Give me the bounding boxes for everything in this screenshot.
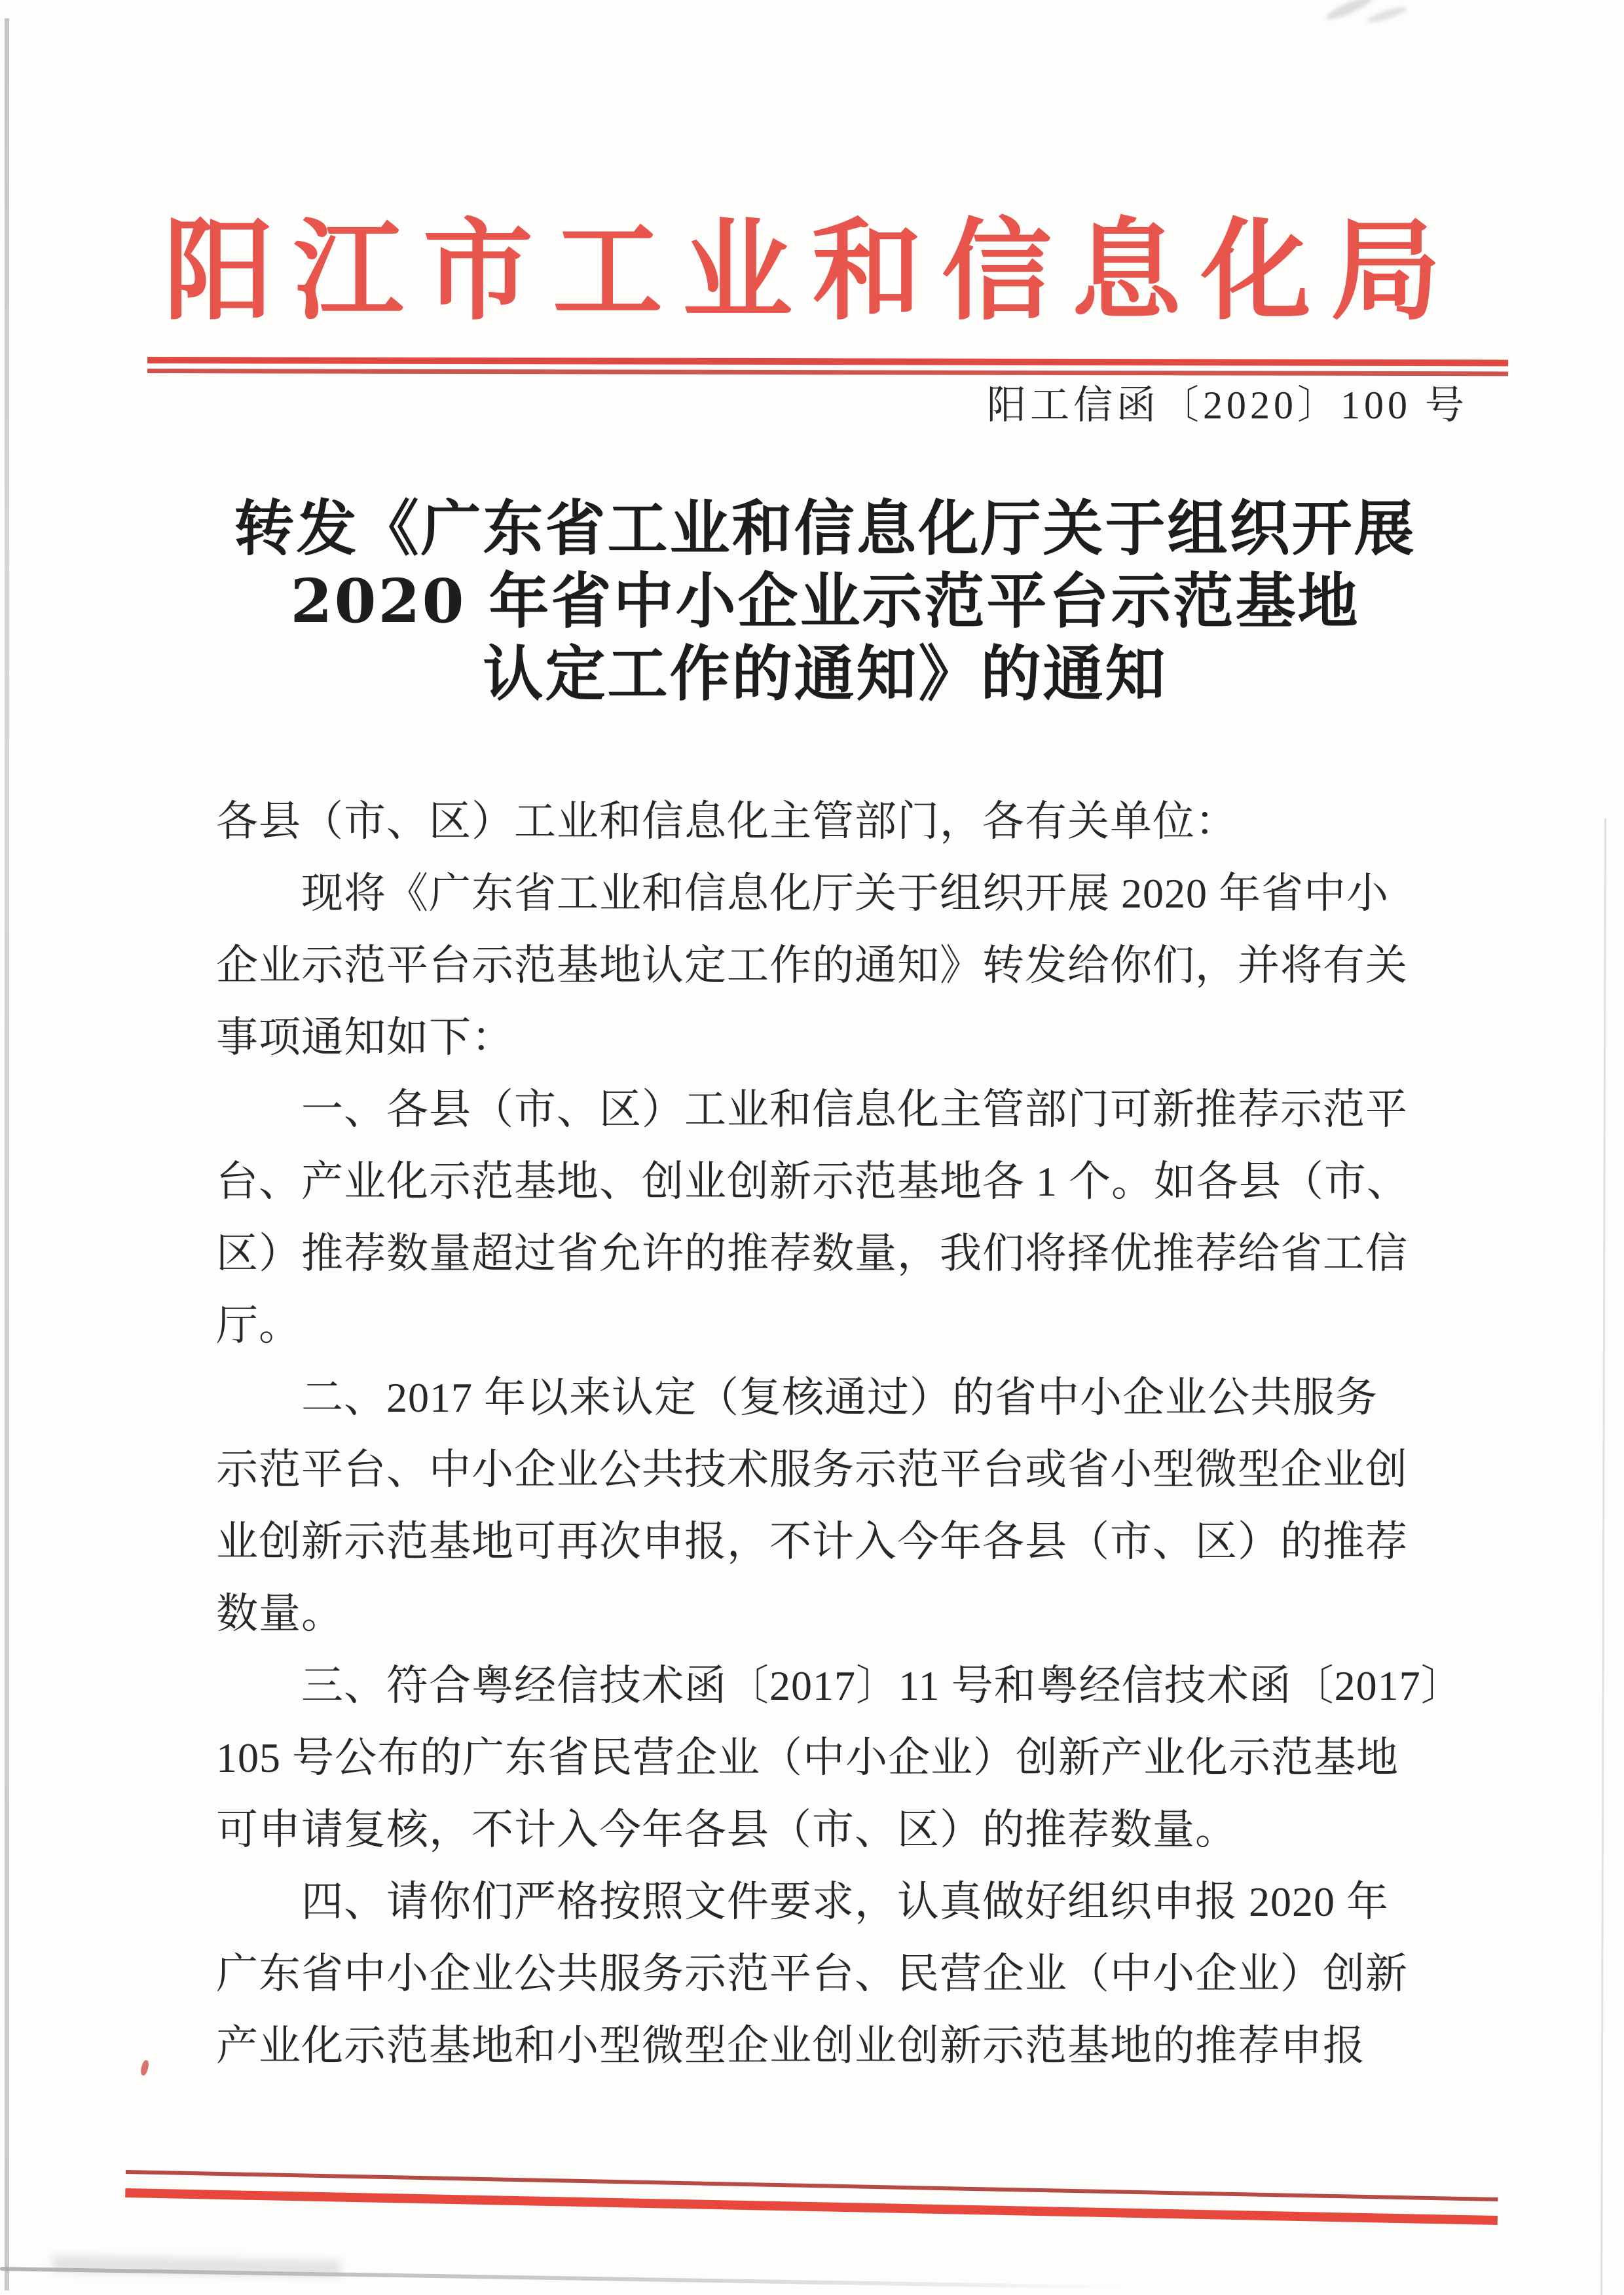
body-line: 事项通知如下： xyxy=(216,1002,1447,1074)
footer-separator xyxy=(125,2170,1498,2225)
letterhead-separator-thin xyxy=(147,369,1508,376)
body-line-item-4: 四、请你们严格按照文件要求，认真做好组织申报 2020 年 xyxy=(216,1866,1447,1938)
document-body: 各县（市、区）工业和信息化主管部门，各有关单位： 现将《广东省工业和信息化厅关于… xyxy=(216,786,1447,2082)
body-line: 可申请复核，不计入今年各县（市、区）的推荐数量。 xyxy=(216,1794,1447,1866)
scan-bottom-edge-shadow xyxy=(0,2267,1126,2290)
title-line: 认定工作的通知》的通知 xyxy=(144,638,1506,710)
body-line: 台、产业化示范基地、创业创新示范基地各 1 个。如各县（市、 xyxy=(216,1146,1447,1218)
body-line-item-1: 一、各县（市、区）工业和信息化主管部门可新推荐示范平 xyxy=(216,1074,1447,1146)
scan-left-edge-shadow xyxy=(5,18,9,2290)
body-line: 数量。 xyxy=(216,1578,1447,1650)
agency-letterhead: 阳江市工业和信息化局 xyxy=(0,208,1624,333)
body-line-salutation: 各县（市、区）工业和信息化主管部门，各有关单位： xyxy=(216,786,1447,858)
body-line: 105 号公布的广东省民营企业（中小企业）创新产业化示范基地 xyxy=(216,1722,1447,1794)
scanned-document-page: 阳江市工业和信息化局 阳工信函〔2020〕100 号 转发《广东省工业和信息化厅… xyxy=(0,0,1624,2295)
body-line: 企业示范平台示范基地认定工作的通知》转发给你们，并将有关 xyxy=(216,930,1447,1002)
body-line: 区）推荐数量超过省允许的推荐数量，我们将择优推荐给省工信 xyxy=(216,1218,1447,1290)
body-line-item-2: 二、2017 年以来认定（复核通过）的省中小企业公共服务 xyxy=(216,1362,1447,1434)
document-number: 阳工信函〔2020〕100 号 xyxy=(0,382,1468,429)
scan-red-speck xyxy=(139,2059,150,2076)
title-line: 转发《广东省工业和信息化厅关于组织开展 xyxy=(144,492,1506,565)
body-line: 现将《广东省工业和信息化厅关于组织开展 2020 年省中小 xyxy=(216,858,1447,930)
body-line: 示范平台、中小企业公共技术服务示范平台或省小型微型企业创 xyxy=(216,1434,1447,1506)
scan-right-edge-shadow xyxy=(1600,818,1606,2295)
body-line-item-3: 三、符合粤经信技术函〔2017〕11 号和粤经信技术函〔2017〕 xyxy=(216,1650,1447,1722)
letterhead-separator-thick xyxy=(147,357,1508,366)
body-line: 厅。 xyxy=(216,1290,1447,1362)
body-line: 业创新示范基地可再次申报，不计入今年各县（市、区）的推荐 xyxy=(216,1506,1447,1578)
body-line: 广东省中小企业公共服务示范平台、民营企业（中小企业）创新 xyxy=(216,1938,1447,2010)
title-line: 2020 年省中小企业示范平台示范基地 xyxy=(144,565,1506,638)
document-title: 转发《广东省工业和信息化厅关于组织开展 2020 年省中小企业示范平台示范基地 … xyxy=(144,492,1506,710)
scan-smudge xyxy=(1366,4,1409,25)
body-line: 产业化示范基地和小型微型企业创业创新示范基地的推荐申报 xyxy=(216,2010,1447,2082)
